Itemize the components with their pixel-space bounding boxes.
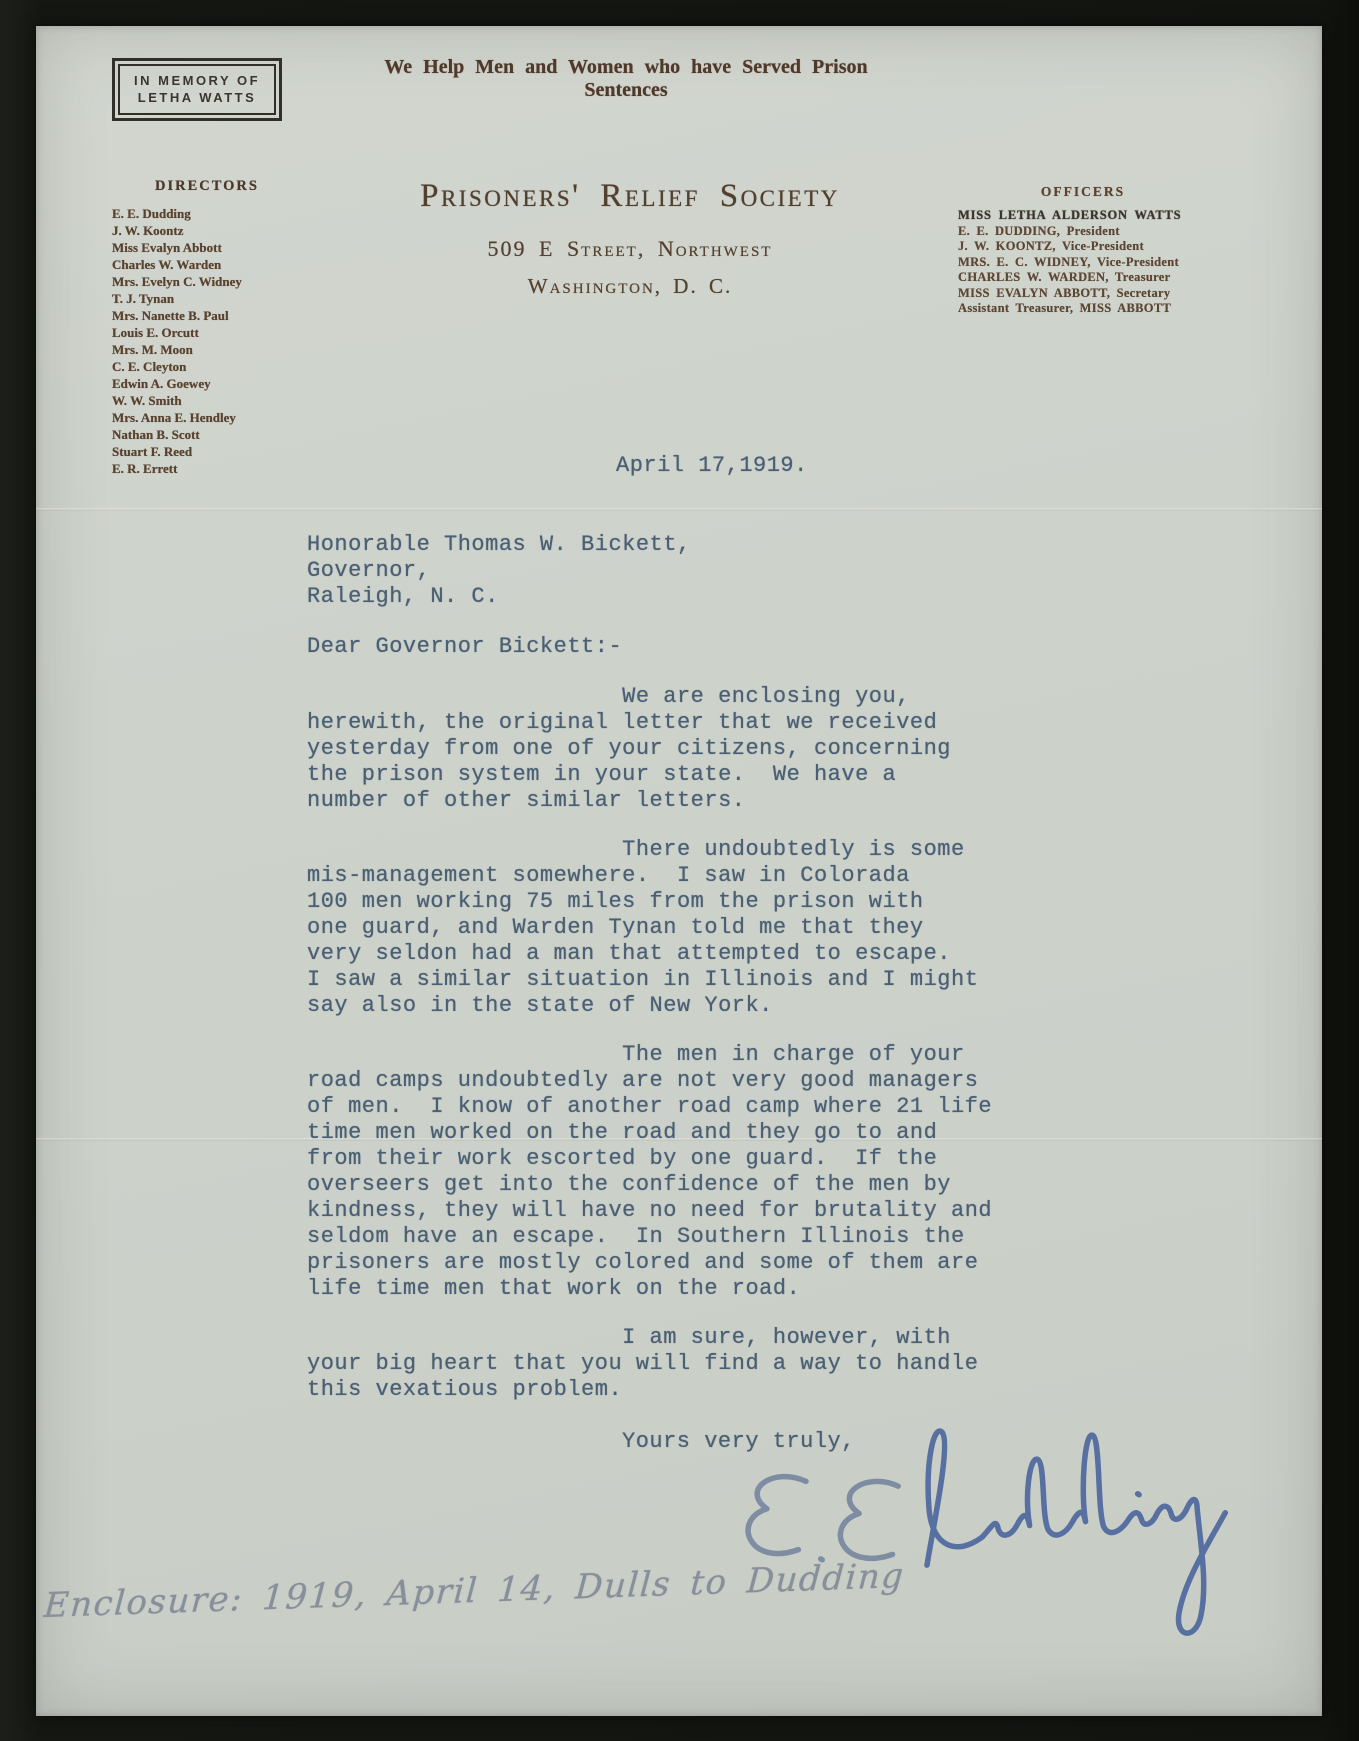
director-name: Edwin A. Goewey	[112, 375, 302, 392]
director-name: E. E. Dudding	[112, 205, 302, 222]
officer-entry: MISS LETHA ALDERSON WATTS	[958, 208, 1208, 224]
director-name: Mrs. Anna E. Hendley	[112, 409, 302, 426]
letter-paragraph: The men in charge of your road camps und…	[307, 1042, 1047, 1302]
letter-paragraph: I am sure, however, with your big heart …	[307, 1325, 1047, 1403]
director-name: Mrs. Nanette B. Paul	[112, 307, 302, 324]
director-name: Louis E. Orcutt	[112, 324, 302, 341]
organization-name: Prisoners' Relief Society	[350, 178, 910, 215]
officer-entry: CHARLES W. WARDEN, Treasurer	[958, 270, 1208, 286]
director-name: Stuart F. Reed	[112, 443, 302, 460]
recipient-address: Honorable Thomas W. Bickett, Governor, R…	[307, 532, 691, 610]
letter-date: April 17,1919.	[616, 453, 808, 479]
officers-section: OFFICERS MISS LETHA ALDERSON WATTSE. E. …	[958, 184, 1208, 317]
fold-crease	[36, 508, 1322, 511]
organization-street: 509 E Street, Northwest	[350, 236, 910, 262]
memorial-line1: IN MEMORY OF	[134, 72, 260, 89]
director-name: Mrs. Evelyn C. Widney	[112, 273, 302, 290]
officer-entry: E. E. DUDDING, President	[958, 224, 1208, 240]
director-name: C. E. Cleyton	[112, 358, 302, 375]
letter-body: We are enclosing you, herewith, the orig…	[307, 684, 1047, 1426]
letter-paragraph: There undoubtedly is some mis-management…	[307, 837, 1047, 1019]
signature	[676, 1402, 1244, 1671]
letter-paper: IN MEMORY OF LETHA WATTS We Help Men and…	[36, 26, 1322, 1716]
director-name: J. W. Koontz	[112, 222, 302, 239]
directors-section: DIRECTORS E. E. DuddingJ. W. KoontzMiss …	[112, 178, 302, 477]
officer-entry: MRS. E. C. WIDNEY, Vice-President	[958, 255, 1208, 271]
director-name: W. W. Smith	[112, 392, 302, 409]
director-name: Mrs. M. Moon	[112, 341, 302, 358]
directors-header: DIRECTORS	[112, 178, 302, 195]
director-name: T. J. Tynan	[112, 290, 302, 307]
officers-header: OFFICERS	[958, 184, 1208, 200]
salutation: Dear Governor Bickett:-	[307, 634, 622, 660]
letter-paragraph: We are enclosing you, herewith, the orig…	[307, 684, 1047, 814]
director-name: E. R. Errett	[112, 460, 302, 477]
director-name: Nathan B. Scott	[112, 426, 302, 443]
officers-entries: MISS LETHA ALDERSON WATTSE. E. DUDDING, …	[958, 208, 1208, 317]
memorial-line2: LETHA WATTS	[134, 89, 260, 106]
directors-names: E. E. DuddingJ. W. KoontzMiss Evalyn Abb…	[112, 205, 302, 477]
signature-handwriting	[676, 1402, 1244, 1671]
director-name: Charles W. Warden	[112, 256, 302, 273]
letterhead: Prisoners' Relief Society 509 E Street, …	[350, 178, 910, 299]
memorial-box: IN MEMORY OF LETHA WATTS	[112, 58, 282, 121]
director-name: Miss Evalyn Abbott	[112, 239, 302, 256]
tagline: We Help Men and Women who have Served Pr…	[346, 56, 906, 102]
officer-entry: J. W. KOONTZ, Vice-President	[958, 239, 1208, 255]
officer-entry: MISS EVALYN ABBOTT, Secretary	[958, 286, 1208, 302]
organization-city: Washington, D. C.	[350, 274, 910, 299]
officer-entry: Assistant Treasurer, MISS ABBOTT	[958, 301, 1208, 317]
